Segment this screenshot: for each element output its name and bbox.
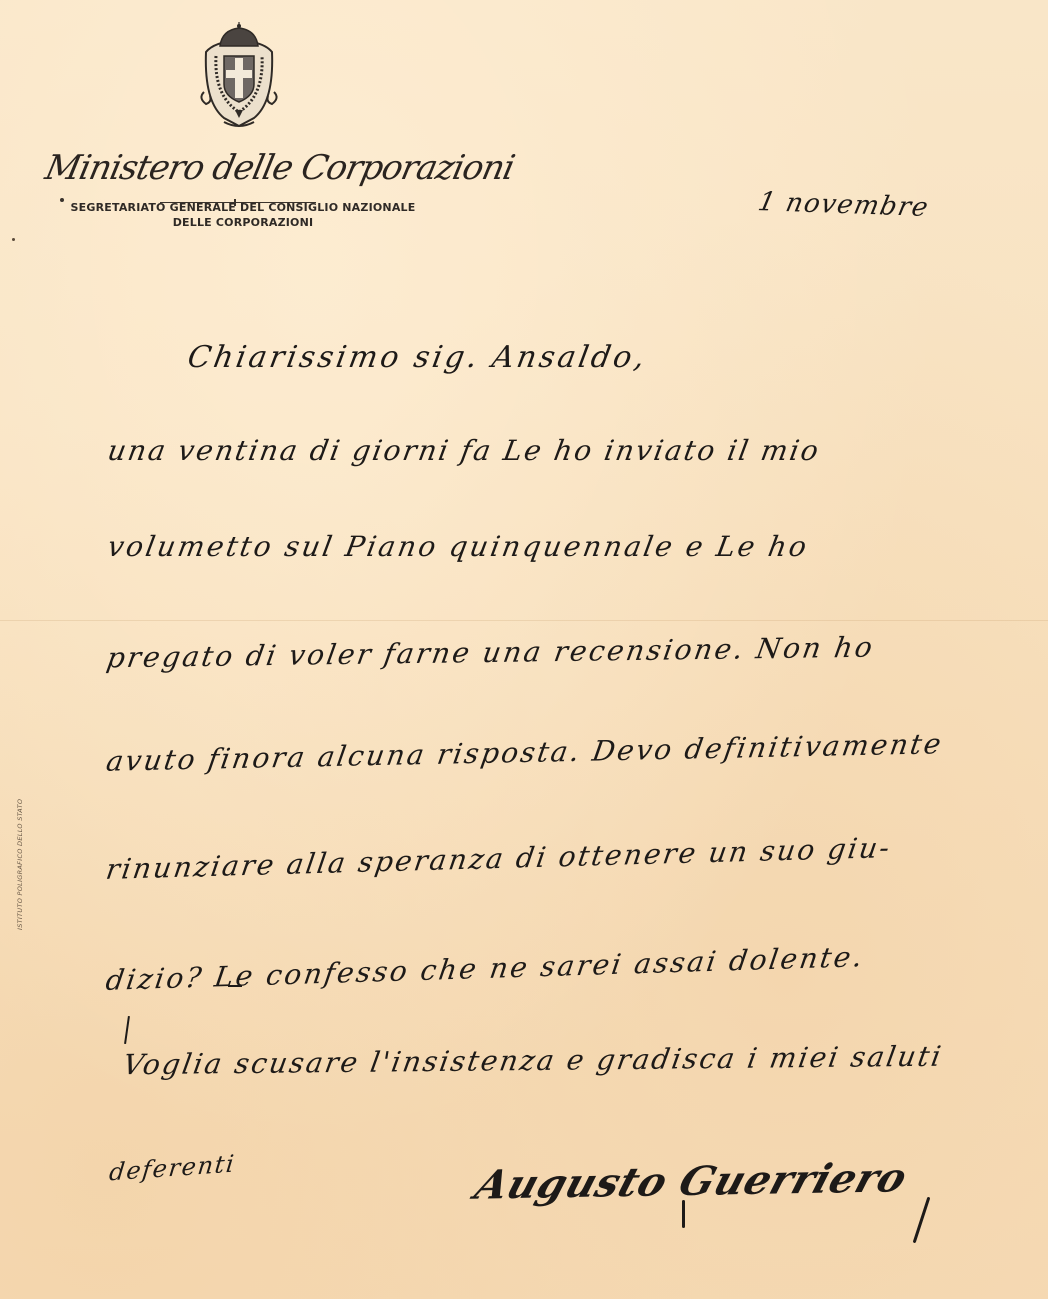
letter-date: 1 novembre bbox=[755, 187, 932, 223]
body-line-5: rinunziare alla speranza di ottenere un … bbox=[104, 831, 894, 886]
savoy-coat-of-arms-icon bbox=[194, 22, 284, 132]
body-line-3: pregato di voler farne una recensione. N… bbox=[104, 631, 877, 675]
department-line-2: DELLE CORPORAZIONI bbox=[48, 216, 438, 229]
body-line-6: dizio? Le confesso che ne sarei assai do… bbox=[104, 940, 867, 997]
letter-page: Ministero delle Corporazioni SEGRETARIAT… bbox=[0, 0, 1048, 1299]
body-line-7: Voglia scusare l'insistenza e gradisca i… bbox=[121, 1040, 946, 1082]
department-line-1: SEGRETARIATO GENERALE DEL CONSIGLIO NAZI… bbox=[48, 201, 438, 214]
underline-mark bbox=[228, 985, 242, 987]
body-line-4: avuto finora alcuna risposta. Devo defin… bbox=[104, 727, 945, 777]
signature-descender bbox=[682, 1200, 685, 1228]
signature-tail-stroke bbox=[913, 1197, 931, 1244]
printer-mark: ISTITUTO POLIGRAFICO DELLO STATO bbox=[16, 799, 24, 930]
paper-fold-line bbox=[0, 620, 1048, 621]
body-line-1: una ventina di giorni fa Le ho inviato i… bbox=[105, 434, 823, 467]
paper-speck bbox=[12, 238, 15, 241]
salutation: Chiarissimo sig. Ansaldo, bbox=[185, 340, 650, 375]
signature: Augusto Guerriero bbox=[470, 1154, 913, 1208]
body-line-2: volumetto sul Piano quinquennale e Le ho bbox=[105, 530, 811, 563]
closing: deferenti bbox=[108, 1150, 237, 1187]
ministry-name: Ministero delle Corporazioni bbox=[42, 148, 451, 188]
margin-pen-stroke bbox=[124, 1016, 130, 1044]
